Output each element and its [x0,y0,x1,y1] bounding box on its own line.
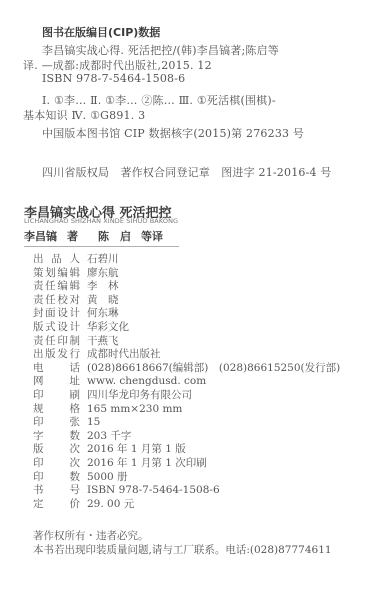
credit-row: 版式设计华彩文化 [33,321,340,335]
credit-value: 华彩文化 [87,321,129,335]
credit-value: 成都时代出版社 [87,348,161,362]
quality-notice: 本书若出现印装质量问题,请与工厂联系。电话:(028)87774611 [33,542,332,557]
divider [24,246,179,247]
credit-row: 责任编辑李 林 [33,280,340,294]
credit-value: ISBN 978-7-5464-1508-6 [87,484,220,498]
credit-value: 15 [87,416,100,430]
credit-row: 责任校对黄 晓 [33,294,340,308]
credit-row: 出版发行成都时代出版社 [33,348,340,362]
credit-row: 印数5000 册 [33,471,340,485]
credit-label: 责任校对 [33,294,80,308]
credit-value: www. chengdusd. com [87,375,206,389]
credit-row: 定价29. 00 元 [33,498,340,512]
credit-value: 何东琳 [87,307,119,321]
credits-list: 出品人石碧川策划编辑廖东航责任编辑李 林责任校对黄 晓封面设计何东琳版式设计华彩… [33,253,340,511]
credit-label: 书号 [33,484,80,498]
credit-label: 责任印制 [33,335,80,349]
translator-role: 等译 [141,230,163,243]
credit-row: 印张15 [33,416,340,430]
credit-label: 字数 [33,430,80,444]
credit-value: 2016 年 1 月第 1 版 [87,443,186,457]
credit-value: 5000 册 [87,471,128,485]
credit-value: 干燕飞 [87,335,119,349]
credit-row: 网址www. chengdusd. com [33,375,340,389]
credit-label: 封面设计 [33,307,80,321]
credit-label: 版式设计 [33,321,80,335]
cip-entry-line-2: 译. —成都:成都时代出版社,2015. 12 [23,57,212,73]
credit-label: 出版发行 [33,348,80,362]
credit-value: 廖东航 [87,267,119,281]
rights-notice: 著作权所有・违者必究。 [33,528,149,543]
credit-label: 责任编辑 [33,280,80,294]
credit-row: 印次2016 年 1 月第 1 次印刷 [33,457,340,471]
cip-classification-line-1: Ⅰ. ①李… Ⅱ. ①李… ②陈… Ⅲ. ①死活棋(围棋)- [42,92,276,108]
book-authors: 李昌镐著陈 启等译 [24,228,173,244]
credit-label: 印数 [33,471,80,485]
credit-label: 网址 [33,375,80,389]
credit-value: 李 林 [87,280,119,294]
credit-label: 策划编辑 [33,267,80,281]
credit-value: 四川华龙印务有限公司 [87,389,192,403]
author-role: 著 [67,230,78,243]
book-title-pinyin: LICHANGHAO SHIZHAN XINDE SIHUO BAKONG [24,217,178,225]
credit-row: 规格165 mm×230 mm [33,403,340,417]
credit-row: 电话(028)86618667(编辑部) (028)86615250(发行部) [33,362,340,376]
credit-row: 印刷四川华龙印务有限公司 [33,389,340,403]
credit-row: 策划编辑廖东航 [33,267,340,281]
cip-isbn: ISBN 978-7-5464-1508-6 [42,72,185,85]
credit-value: 29. 00 元 [87,498,134,512]
credit-value: 2016 年 1 月第 1 次印刷 [87,457,207,471]
credit-label: 出品人 [33,253,80,267]
cip-classification-line-2: 基本知识 Ⅳ. ①G891. 3 [23,107,145,123]
cip-number: 中国版本图书馆 CIP 数据核字(2015)第 276233 号 [42,125,304,141]
credit-row: 封面设计何东琳 [33,307,340,321]
credit-row: 责任印制干燕飞 [33,335,340,349]
cip-heading: 图书在版编目(CIP)数据 [42,24,160,40]
translator-name: 陈 启 [98,230,131,243]
credit-value: 石碧川 [87,253,119,267]
copyright-registration: 四川省版权局 著作权合同登记章 图进字 21-2016-4 号 [42,164,332,180]
credit-value: 黄 晓 [87,294,119,308]
author-name: 李昌镐 [24,230,57,243]
credit-value: 165 mm×230 mm [87,403,182,417]
cip-entry-line-1: 李昌镐实战心得. 死活把控/(韩)李昌镐著;陈启等 [42,42,279,58]
credit-label: 印刷 [33,389,80,403]
credit-label: 规格 [33,403,80,417]
credit-value: 203 千字 [87,430,131,444]
credit-row: 字数203 千字 [33,430,340,444]
credit-row: 版次2016 年 1 月第 1 版 [33,443,340,457]
credit-label: 版次 [33,443,80,457]
credit-label: 定价 [33,498,80,512]
credit-label: 印张 [33,416,80,430]
credit-row: 出品人石碧川 [33,253,340,267]
credit-label: 印次 [33,457,80,471]
credit-row: 书号ISBN 978-7-5464-1508-6 [33,484,340,498]
credit-label: 电话 [33,362,80,376]
credit-value: (028)86618667(编辑部) (028)86615250(发行部) [87,362,340,376]
